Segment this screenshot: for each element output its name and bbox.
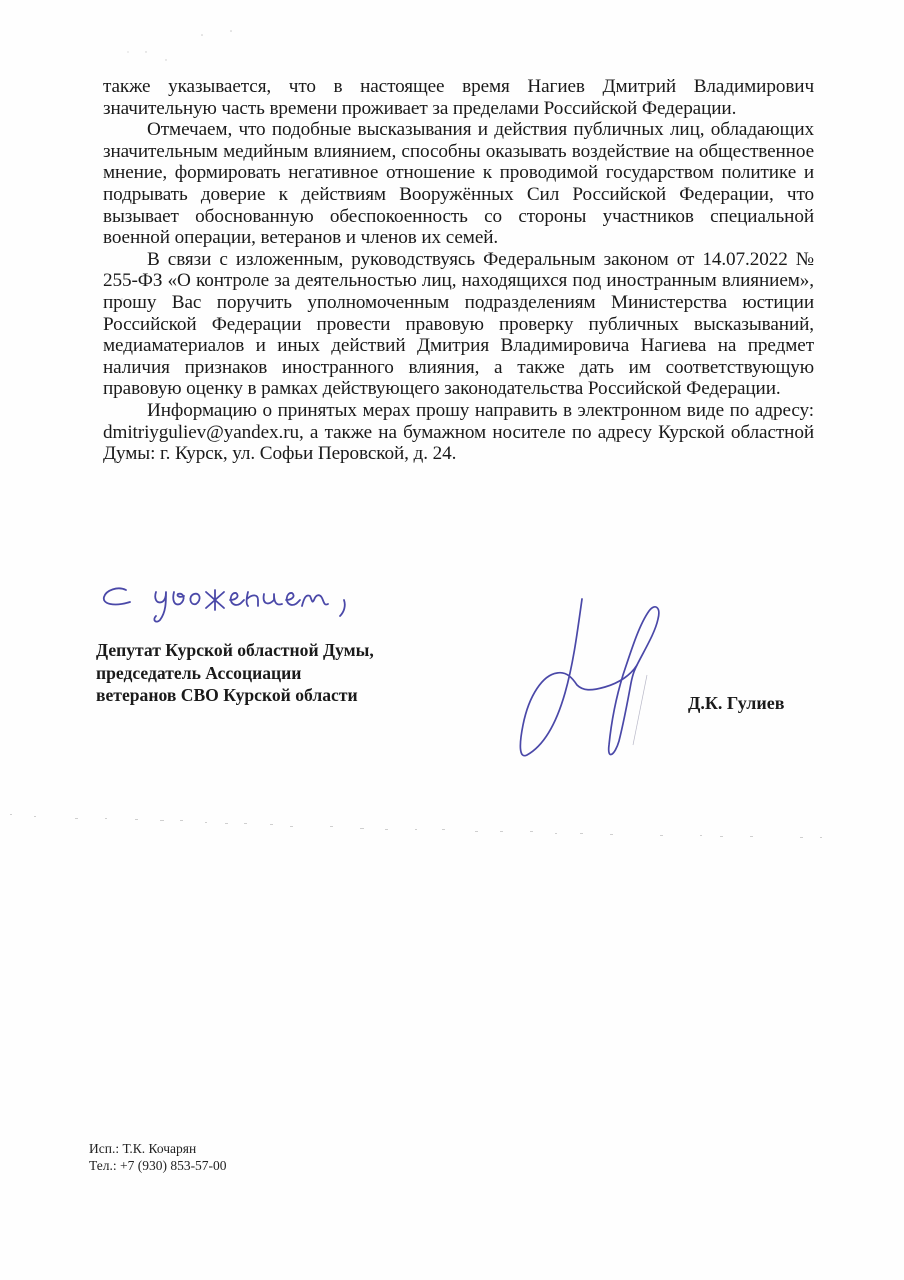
paragraph-request: В связи с изложенным, руководствуясь Фед…: [103, 249, 814, 400]
letter-body: также указывается, что в настоящее время…: [103, 76, 814, 465]
signatory-title-line: ветеранов СВО Курской области: [96, 684, 374, 707]
paragraph-concern: Отмечаем, что подобные высказывания и де…: [103, 119, 814, 249]
executor-name: Исп.: Т.К. Кочарян: [89, 1140, 227, 1157]
paragraph-continuation: также указывается, что в настоящее время…: [103, 76, 814, 119]
document-page: также указывается, что в настоящее время…: [0, 0, 904, 1280]
signatory-title: Депутат Курской областной Думы, председа…: [96, 639, 374, 707]
executor-phone: Тел.: +7 (930) 853-57-00: [89, 1157, 227, 1174]
handwritten-closing: [96, 580, 376, 630]
signature: [515, 595, 685, 765]
signatory-title-line: председатель Ассоциации: [96, 662, 374, 685]
paragraph-reply-address: Информацию о принятых мерах прошу направ…: [103, 400, 814, 465]
signatory-title-line: Депутат Курской областной Думы,: [96, 639, 374, 662]
handwriting-closing-icon: [96, 580, 376, 630]
signature-icon: [515, 595, 685, 765]
executor-footer: Исп.: Т.К. Кочарян Тел.: +7 (930) 853-57…: [89, 1140, 227, 1174]
signer-name: Д.К. Гулиев: [688, 693, 784, 714]
